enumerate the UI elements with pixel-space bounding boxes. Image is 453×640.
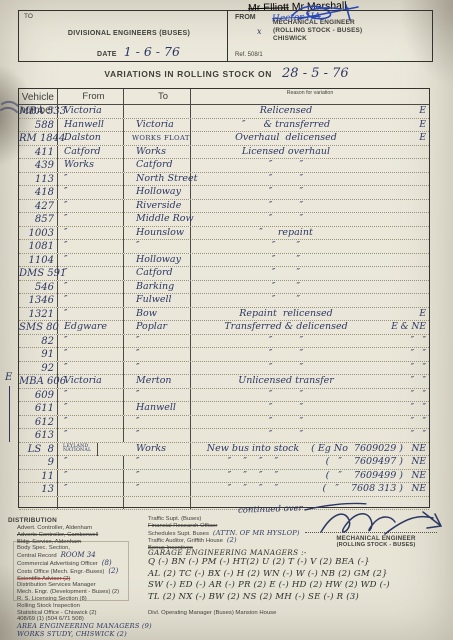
to-cell: ″ xyxy=(124,335,191,348)
reason-cell: ″ ″ ″ ″( ″ 7609497 )NE xyxy=(191,456,429,469)
reason-text: New bus into stock xyxy=(195,443,311,456)
reason-cell: ″ ″ xyxy=(191,294,429,307)
from-cell: Edgware xyxy=(58,321,124,334)
from-cell: ″ xyxy=(58,456,124,469)
distribution-list: DISTRIBUTION Advert. Controller, Aldenha… xyxy=(8,517,150,639)
status-mark: E xyxy=(419,119,426,132)
reason-text: ″ ″ xyxy=(195,200,377,213)
from-cell: ″ xyxy=(58,348,124,361)
garage-codes-line: SW (-) ED (-) AR (-) PR (2) E (-) HD (2)… xyxy=(148,580,448,592)
to-cell: North Street xyxy=(124,173,191,186)
reason-text: ″ ″ ″ ″ xyxy=(195,456,311,469)
table-row: 1321″BowRepaint relicensedE xyxy=(19,308,429,322)
reason-cell: ″ ″ xyxy=(191,200,429,213)
reason-text: ″ ″ xyxy=(195,159,377,172)
table-row: 1346″Fulwell″ ″ xyxy=(19,294,429,308)
status-mark: ″ ″ xyxy=(411,348,426,361)
from-line-3: CHISWICK xyxy=(273,35,362,43)
reason-text: ″ repaint xyxy=(195,227,377,240)
from-cell: ″ xyxy=(58,483,124,496)
reason-cell: ″ ″ xyxy=(191,159,429,172)
from-cell: ″ xyxy=(58,173,124,186)
table-row: 1104″Holloway″ ″ xyxy=(19,254,429,268)
reason-text: ″ ″ xyxy=(195,416,377,429)
garage-codes-line: Q (-) BN (-) PM (-) HT(2) U (2) T (-) V … xyxy=(148,557,448,569)
garage-managers-block: GARAGE ENGINEERING MANAGERS :- Q (-) BN … xyxy=(148,548,448,603)
distribution-items: Advert. Controller, AldenhamAdverts Cont… xyxy=(8,525,150,639)
handwritten-note: (8) xyxy=(102,559,112,567)
from-cell: Dalston xyxy=(58,132,124,145)
reason-cell: ″ ″ xyxy=(191,281,429,294)
from-label: FROM xyxy=(235,14,256,21)
from-cell: Catford xyxy=(58,146,124,159)
reason-text: ″ ″ ″ ″ xyxy=(195,483,311,496)
table-row: 418″Holloway″ ″ xyxy=(19,186,429,200)
form-title: VARIATIONS IN ROLLING STOCK ON28 - 5 - 7… xyxy=(0,64,453,82)
table-row: 609″″″ ″″ ″ xyxy=(19,389,429,403)
from-line-1: MECHANICAL ENGINEER xyxy=(273,19,362,27)
to-value: DIVISIONAL ENGINEERS (BUSES) xyxy=(44,30,214,37)
reason-cell: Transferred & delicensedE & NE xyxy=(191,321,429,334)
distribution-item: Rolling Stock Inspection xyxy=(8,603,150,610)
distribution-item: Mech. Engr. (Development - Buses) (2) xyxy=(8,589,150,596)
reason-text: ″ ″ xyxy=(195,186,377,199)
to-cell: Catford xyxy=(124,159,191,172)
to-cell: Middle Row xyxy=(124,213,191,226)
status-mark: ″ ″ xyxy=(411,429,426,442)
reason-text: ″ ″ xyxy=(195,402,377,415)
from-cell: ″ xyxy=(58,267,124,280)
status-mark: ″ ″ xyxy=(411,375,426,388)
status-mark: NE xyxy=(412,456,426,469)
from-cell: Works xyxy=(58,159,124,172)
recipient-item-text: Traffic Auditor, Griffith House xyxy=(148,538,223,544)
date-value: 1 - 6 - 76 xyxy=(124,44,180,59)
from-cell: ″ xyxy=(58,281,124,294)
distribution-item-text: R. S. Licensing Section (8) xyxy=(17,596,87,602)
handwritten-note: (ATTN. OF MR HYSLOP) xyxy=(213,529,300,537)
vehicle-cell: 92 xyxy=(19,362,58,375)
reason-text: ″ & transferred xyxy=(195,119,377,132)
from-cell: ″ xyxy=(58,227,124,240)
distribution-item-text: Adverts Controller, Camberwell xyxy=(17,532,98,538)
to-cell: Victoria xyxy=(124,119,191,132)
engine-number: ( ″ 7609497 ) xyxy=(326,456,403,469)
to-cell xyxy=(124,105,191,118)
from-cell: ″ xyxy=(58,335,124,348)
to-cell: Barking xyxy=(124,281,191,294)
to-cell: Merton xyxy=(124,375,191,388)
garage-managers-heading: GARAGE ENGINEERING MANAGERS :- xyxy=(148,548,448,557)
from-cell: LEYLAND NATIONAL xyxy=(58,443,98,456)
vehicle-cell: 546 xyxy=(19,281,58,294)
table-row: 1003″Hounslow″ repaint xyxy=(19,227,429,241)
distribution-item: Adverts Controller, Camberwell xyxy=(8,532,150,539)
vehicle-cell: 1081 xyxy=(19,240,58,253)
table-row: 9″″″ ″ ″ ″( ″ 7609497 )NE xyxy=(19,456,429,470)
date-row: DATE1 - 6 - 76 xyxy=(97,43,180,61)
vehicle-cell: 82 xyxy=(19,335,58,348)
status-mark: NE xyxy=(412,443,426,456)
reason-text: ″ ″ xyxy=(195,389,377,402)
reason-text: ″ ″ xyxy=(195,267,377,280)
reason-text: ″ ″ xyxy=(195,173,377,186)
reason-text: Licensed overhaul xyxy=(195,146,377,159)
table-row: MBA 606VictoriaMertonUnlicensed transfer… xyxy=(19,375,429,389)
reason-cell: ″ ″ xyxy=(191,240,429,253)
from-cell: ″ xyxy=(58,362,124,375)
footer-note: Divl. Operating Manager (Buses) Mansion … xyxy=(148,610,276,616)
from-cell: ″ xyxy=(58,240,124,253)
table-row: DMS 591″Catford″ ″ xyxy=(19,267,429,281)
engine-number: ( ″ 7608 313 ) xyxy=(323,483,403,496)
reason-cell: Overhaul delicensedE xyxy=(191,132,429,145)
from-cell: Hanwell xyxy=(58,119,124,132)
reason-text: Repaint relicensed xyxy=(195,308,377,321)
vehicle-cell: 113 xyxy=(19,173,58,186)
recipient-item-text: Financial Research Officer xyxy=(148,523,217,529)
distribution-item: Scientific Adviser (2) xyxy=(8,576,150,583)
reason-cell: ″ ″ ″ ″( ″ 7609499 )NE xyxy=(191,470,429,483)
recipient-item-text: Schedules Supt. Buses xyxy=(148,531,209,537)
to-cell: Poplar xyxy=(124,321,191,334)
from-cell: ″ xyxy=(58,186,124,199)
table-row: 546″Barking″ ″ xyxy=(19,281,429,295)
from-cell xyxy=(58,497,124,510)
reason-text: ″ ″ xyxy=(195,362,377,375)
reason-text: Unlicensed transfer xyxy=(195,375,377,388)
status-mark: ″ ″ xyxy=(411,362,426,375)
signature-scribble-icon xyxy=(315,508,445,542)
scanned-form-page: Mr Elliott Mr Marshall. Hector HA TO DIV… xyxy=(0,0,453,640)
signature-block: MECHANICAL ENGINEER (ROLLING STOCK - BUS… xyxy=(305,510,447,548)
distribution-item-text: Scientific Adviser (2) xyxy=(17,576,70,582)
to-cell: ″ xyxy=(124,456,191,469)
vehicle-cell: 613 xyxy=(19,429,58,442)
vehicle-cell: 611 xyxy=(19,402,58,415)
status-mark: E & NE xyxy=(391,321,426,334)
distribution-item: WORKS STUDY, CHISWICK (2) xyxy=(8,631,150,639)
to-cell: Hanwell xyxy=(124,402,191,415)
from-cell: ″ xyxy=(58,416,124,429)
status-mark: E xyxy=(419,308,426,321)
x-mark: x xyxy=(257,27,262,36)
to-cell: ″ xyxy=(124,483,191,496)
to-cell: Catford xyxy=(124,267,191,280)
distribution-item-text: Statistical Office - Chiswick (2) xyxy=(17,610,96,616)
reason-text: Transferred & delicensed xyxy=(195,321,377,334)
to-cell: ″ xyxy=(124,362,191,375)
reason-cell: Licensed overhaul xyxy=(191,146,429,159)
reason-cell: ″ ″ xyxy=(191,254,429,267)
distribution-item-text: Mech. Engr. (Development - Buses) (2) xyxy=(17,589,119,595)
table-row: 1081″″″ ″ xyxy=(19,240,429,254)
handwritten-note: (2) xyxy=(227,536,237,544)
from-cell: Victoria xyxy=(58,105,124,118)
from-cell: ″ xyxy=(58,402,124,415)
table-row: LS 8LEYLAND NATIONALWorksNew bus into st… xyxy=(19,443,429,457)
distribution-item-text: AREA ENGINEERING MANAGERS (9) xyxy=(17,622,152,630)
from-value: MECHANICAL ENGINEER (ROLLING STOCK - BUS… xyxy=(273,19,362,43)
distribution-item: Statistical Office - Chiswick (2) xyxy=(8,610,150,617)
vehicle-cell: 609 xyxy=(19,389,58,402)
to-cell: Bow xyxy=(124,308,191,321)
from-cell: ″ xyxy=(58,200,124,213)
vehicle-cell: 588 xyxy=(19,119,58,132)
vehicle-cell: LS 8 xyxy=(19,443,58,456)
reason-cell: ″ ″ xyxy=(191,267,429,280)
reason-text: ″ ″ xyxy=(195,429,377,442)
reason-cell: ″ ″″ ″ xyxy=(191,335,429,348)
status-mark: ″ ″ xyxy=(411,416,426,429)
from-cell: ″ xyxy=(58,308,124,321)
margin-bracket-line xyxy=(9,386,10,442)
reference-number: Ref. 508/1 xyxy=(235,52,263,58)
date-label: DATE xyxy=(97,51,117,58)
table-row: 92″″″ ″″ ″ xyxy=(19,362,429,376)
status-mark: NE xyxy=(412,483,426,496)
table-header-row: Vehicle number From To Reason for variat… xyxy=(19,89,429,105)
status-mark: E xyxy=(419,105,426,118)
distribution-item: Advert. Controller, Aldenham xyxy=(8,525,150,532)
continued-note-text: continued over xyxy=(238,504,303,516)
to-cell: Works xyxy=(124,443,191,456)
table-row: 91″″″ ″″ ″ xyxy=(19,348,429,362)
status-mark: ″ ″ xyxy=(411,389,426,402)
vehicle-cell: SMS 80 xyxy=(19,321,58,334)
to-cell: Works xyxy=(124,146,191,159)
vehicle-cell: 1104 xyxy=(19,254,58,267)
reason-cell: ″ ″″ ″ xyxy=(191,402,429,415)
reason-cell: ″ ″″ ″ xyxy=(191,389,429,402)
vehicle-cell xyxy=(19,497,58,510)
reason-cell: RelicensedE xyxy=(191,105,429,118)
distribution-heading: DISTRIBUTION xyxy=(8,517,150,524)
reason-cell: ″ ″″ ″ xyxy=(191,429,429,442)
from-cell: ″ xyxy=(58,389,124,402)
table-row: 613″″″ ″″ ″ xyxy=(19,429,429,443)
vehicle-cell: 1321 xyxy=(19,308,58,321)
to-cell: Fulwell xyxy=(124,294,191,307)
box-divider xyxy=(227,11,228,61)
handwritten-note: (2) xyxy=(108,567,118,575)
distribution-item: Commercial Advertising Officer(8) xyxy=(8,560,150,568)
reason-text: ″ ″ ″ ″ xyxy=(195,470,311,483)
engine-number: ( Eg No 7609029 ) xyxy=(311,443,403,456)
to-cell: ″ xyxy=(124,240,191,253)
to-cell: ″ xyxy=(124,416,191,429)
reason-text: ″ ″ xyxy=(195,294,377,307)
distribution-item-text: WORKS STUDY, CHISWICK (2) xyxy=(17,630,127,638)
form-title-date: 28 - 5 - 76 xyxy=(282,66,349,81)
from-cell: Victoria xyxy=(58,375,124,388)
reason-cell: ″ repaint xyxy=(191,227,429,240)
distribution-item: Central RecordROOM 34 xyxy=(8,552,150,560)
to-cell: WORKS FLOAT xyxy=(124,132,191,145)
vehicle-cell: 411 xyxy=(19,146,58,159)
form-title-text: VARIATIONS IN ROLLING STOCK ON xyxy=(104,69,272,79)
reason-cell: ″ ″″ ″ xyxy=(191,362,429,375)
reason-cell: Repaint relicensedE xyxy=(191,308,429,321)
reason-text: ″ ″ xyxy=(195,213,377,226)
reason-cell: Unlicensed transfer″ ″ xyxy=(191,375,429,388)
vehicle-cell: 439 xyxy=(19,159,58,172)
status-mark: E xyxy=(419,132,426,145)
status-mark: NE xyxy=(412,470,426,483)
engine-number: ( ″ 7609499 ) xyxy=(326,470,403,483)
reason-cell: ″ ″″ ″ xyxy=(191,348,429,361)
vehicle-cell: 418 xyxy=(19,186,58,199)
table-row: 611″Hanwell″ ″″ ″ xyxy=(19,402,429,416)
to-cell: Holloway xyxy=(124,186,191,199)
reason-text: ″ ″ xyxy=(195,281,377,294)
table-row: 588HanwellVictoria″ & transferredE xyxy=(19,119,429,133)
reason-text: ″ ″ xyxy=(195,240,377,253)
to-cell: Holloway xyxy=(124,254,191,267)
vehicle-cell: 1003 xyxy=(19,227,58,240)
table-row: 857″Middle Row″ ″ xyxy=(19,213,429,227)
table-row: MBA 533VictoriaRelicensedE xyxy=(19,105,429,119)
distribution-item-text: Rolling Stock Inspection xyxy=(17,603,80,609)
from-cell: ″ xyxy=(58,213,124,226)
table-row: 13″″″ ″ ″ ″( ″ 7608 313 )NE xyxy=(19,483,429,497)
distribution-item-text: Bldg. Service, Aldenham xyxy=(17,539,81,545)
variations-table: Vehicle number From To Reason for variat… xyxy=(18,88,430,508)
reason-text: Relicensed xyxy=(195,105,377,118)
to-cell: Hounslow xyxy=(124,227,191,240)
vehicle-cell: MBA 606 xyxy=(19,375,58,388)
table-row: 612″″″ ″″ ″ xyxy=(19,416,429,430)
vehicle-cell: 427 xyxy=(19,200,58,213)
vehicle-cell: 11 xyxy=(19,470,58,483)
garage-codes-line: TL (2) NX (-) BW (2) NS (2) MH (-) SE (-… xyxy=(148,592,448,604)
vehicle-cell: 91 xyxy=(19,348,58,361)
table-row: 439WorksCatford″ ″ xyxy=(19,159,429,173)
reason-cell: ″ ″ xyxy=(191,186,429,199)
table-row: RM 1844DalstonWORKS FLOATOverhaul delice… xyxy=(19,132,429,146)
distribution-item-text: Central Record xyxy=(17,553,57,559)
table-body: MBA 533VictoriaRelicensedE588HanwellVict… xyxy=(19,105,429,510)
from-line-2: (ROLLING STOCK - BUSES) xyxy=(273,27,362,35)
from-cell: ″ xyxy=(58,294,124,307)
vehicle-cell: DMS 591 xyxy=(19,267,58,280)
from-cell: ″ xyxy=(58,470,124,483)
reason-text: Overhaul delicensed xyxy=(195,132,377,145)
distribution-item-text: Commercial Advertising Officer xyxy=(17,561,98,567)
recipient-item-text: Traffic Supt. (Buses) xyxy=(148,516,201,522)
distribution-item-text: Costs Office (Mech. Engr.-Buses) xyxy=(17,569,104,575)
to-cell: Riverside xyxy=(124,200,191,213)
vehicle-cell: 1346 xyxy=(19,294,58,307)
handwritten-note: ROOM 34 xyxy=(61,551,96,559)
distribution-item: Distribution Services Manager xyxy=(8,582,150,589)
table-row: 427″Riverside″ ″ xyxy=(19,200,429,214)
table-row: 82″″″ ″″ ″ xyxy=(19,335,429,349)
distribution-item-text: Distribution Services Manager xyxy=(17,582,96,588)
garage-codes: Q (-) BN (-) PM (-) HT(2) U (2) T (-) V … xyxy=(148,557,448,603)
to-label: TO xyxy=(24,13,33,20)
table-row: 113″North Street″ ″ xyxy=(19,173,429,187)
status-mark: ″ ″ xyxy=(411,335,426,348)
reason-cell: ″ ″ xyxy=(191,173,429,186)
table-row: SMS 80EdgwarePoplarTransferred & delicen… xyxy=(19,321,429,335)
address-box: TO DIVISIONAL ENGINEERS (BUSES) DATE1 - … xyxy=(18,10,433,62)
reason-cell: ″ ″ xyxy=(191,213,429,226)
vehicle-cell: 857 xyxy=(19,213,58,226)
reason-text: ″ ″ xyxy=(195,335,377,348)
reason-text: ″ ″ xyxy=(195,254,377,267)
to-cell: ″ xyxy=(124,389,191,402)
table-row: 411CatfordWorksLicensed overhaul xyxy=(19,146,429,160)
distribution-item: Costs Office (Mech. Engr.-Buses)(2) xyxy=(8,568,150,576)
from-cell: ″ xyxy=(58,254,124,267)
to-cell xyxy=(124,497,191,510)
distribution-item-text: Advert. Controller, Aldenham xyxy=(17,525,92,531)
to-cell: ″ xyxy=(124,429,191,442)
reason-cell: ″ & transferredE xyxy=(191,119,429,132)
table-row: 11″″″ ″ ″ ″( ″ 7609499 )NE xyxy=(19,470,429,484)
to-cell: ″ xyxy=(124,470,191,483)
margin-e-annotation: E xyxy=(5,372,12,383)
reason-cell: ″ ″″ ″ xyxy=(191,416,429,429)
distribution-item: Bldg. Service, Aldenham xyxy=(8,539,150,546)
garage-codes-line: AL (2) TC (-) BX (-) H (2) WN (-) W (-) … xyxy=(148,569,448,581)
from-cell: ″ xyxy=(58,429,124,442)
vehicle-cell: 612 xyxy=(19,416,58,429)
reason-cell: New bus into stock( Eg No 7609029 )NE xyxy=(191,443,429,456)
status-mark: ″ ″ xyxy=(411,402,426,415)
vehicle-cell: MBA 533 xyxy=(19,105,58,118)
vehicle-cell: 9 xyxy=(19,456,58,469)
vehicle-cell: RM 1844 xyxy=(19,132,58,145)
reason-text: ″ ″ xyxy=(195,348,377,361)
signatory-title-2: (ROLLING STOCK - BUSES) xyxy=(305,542,447,548)
distribution-item: R. S. Licensing Section (8) xyxy=(8,596,150,603)
vehicle-cell: 13 xyxy=(19,483,58,496)
to-cell: ″ xyxy=(124,348,191,361)
reason-cell: ″ ″ ″ ″( ″ 7608 313 )NE xyxy=(191,483,429,496)
